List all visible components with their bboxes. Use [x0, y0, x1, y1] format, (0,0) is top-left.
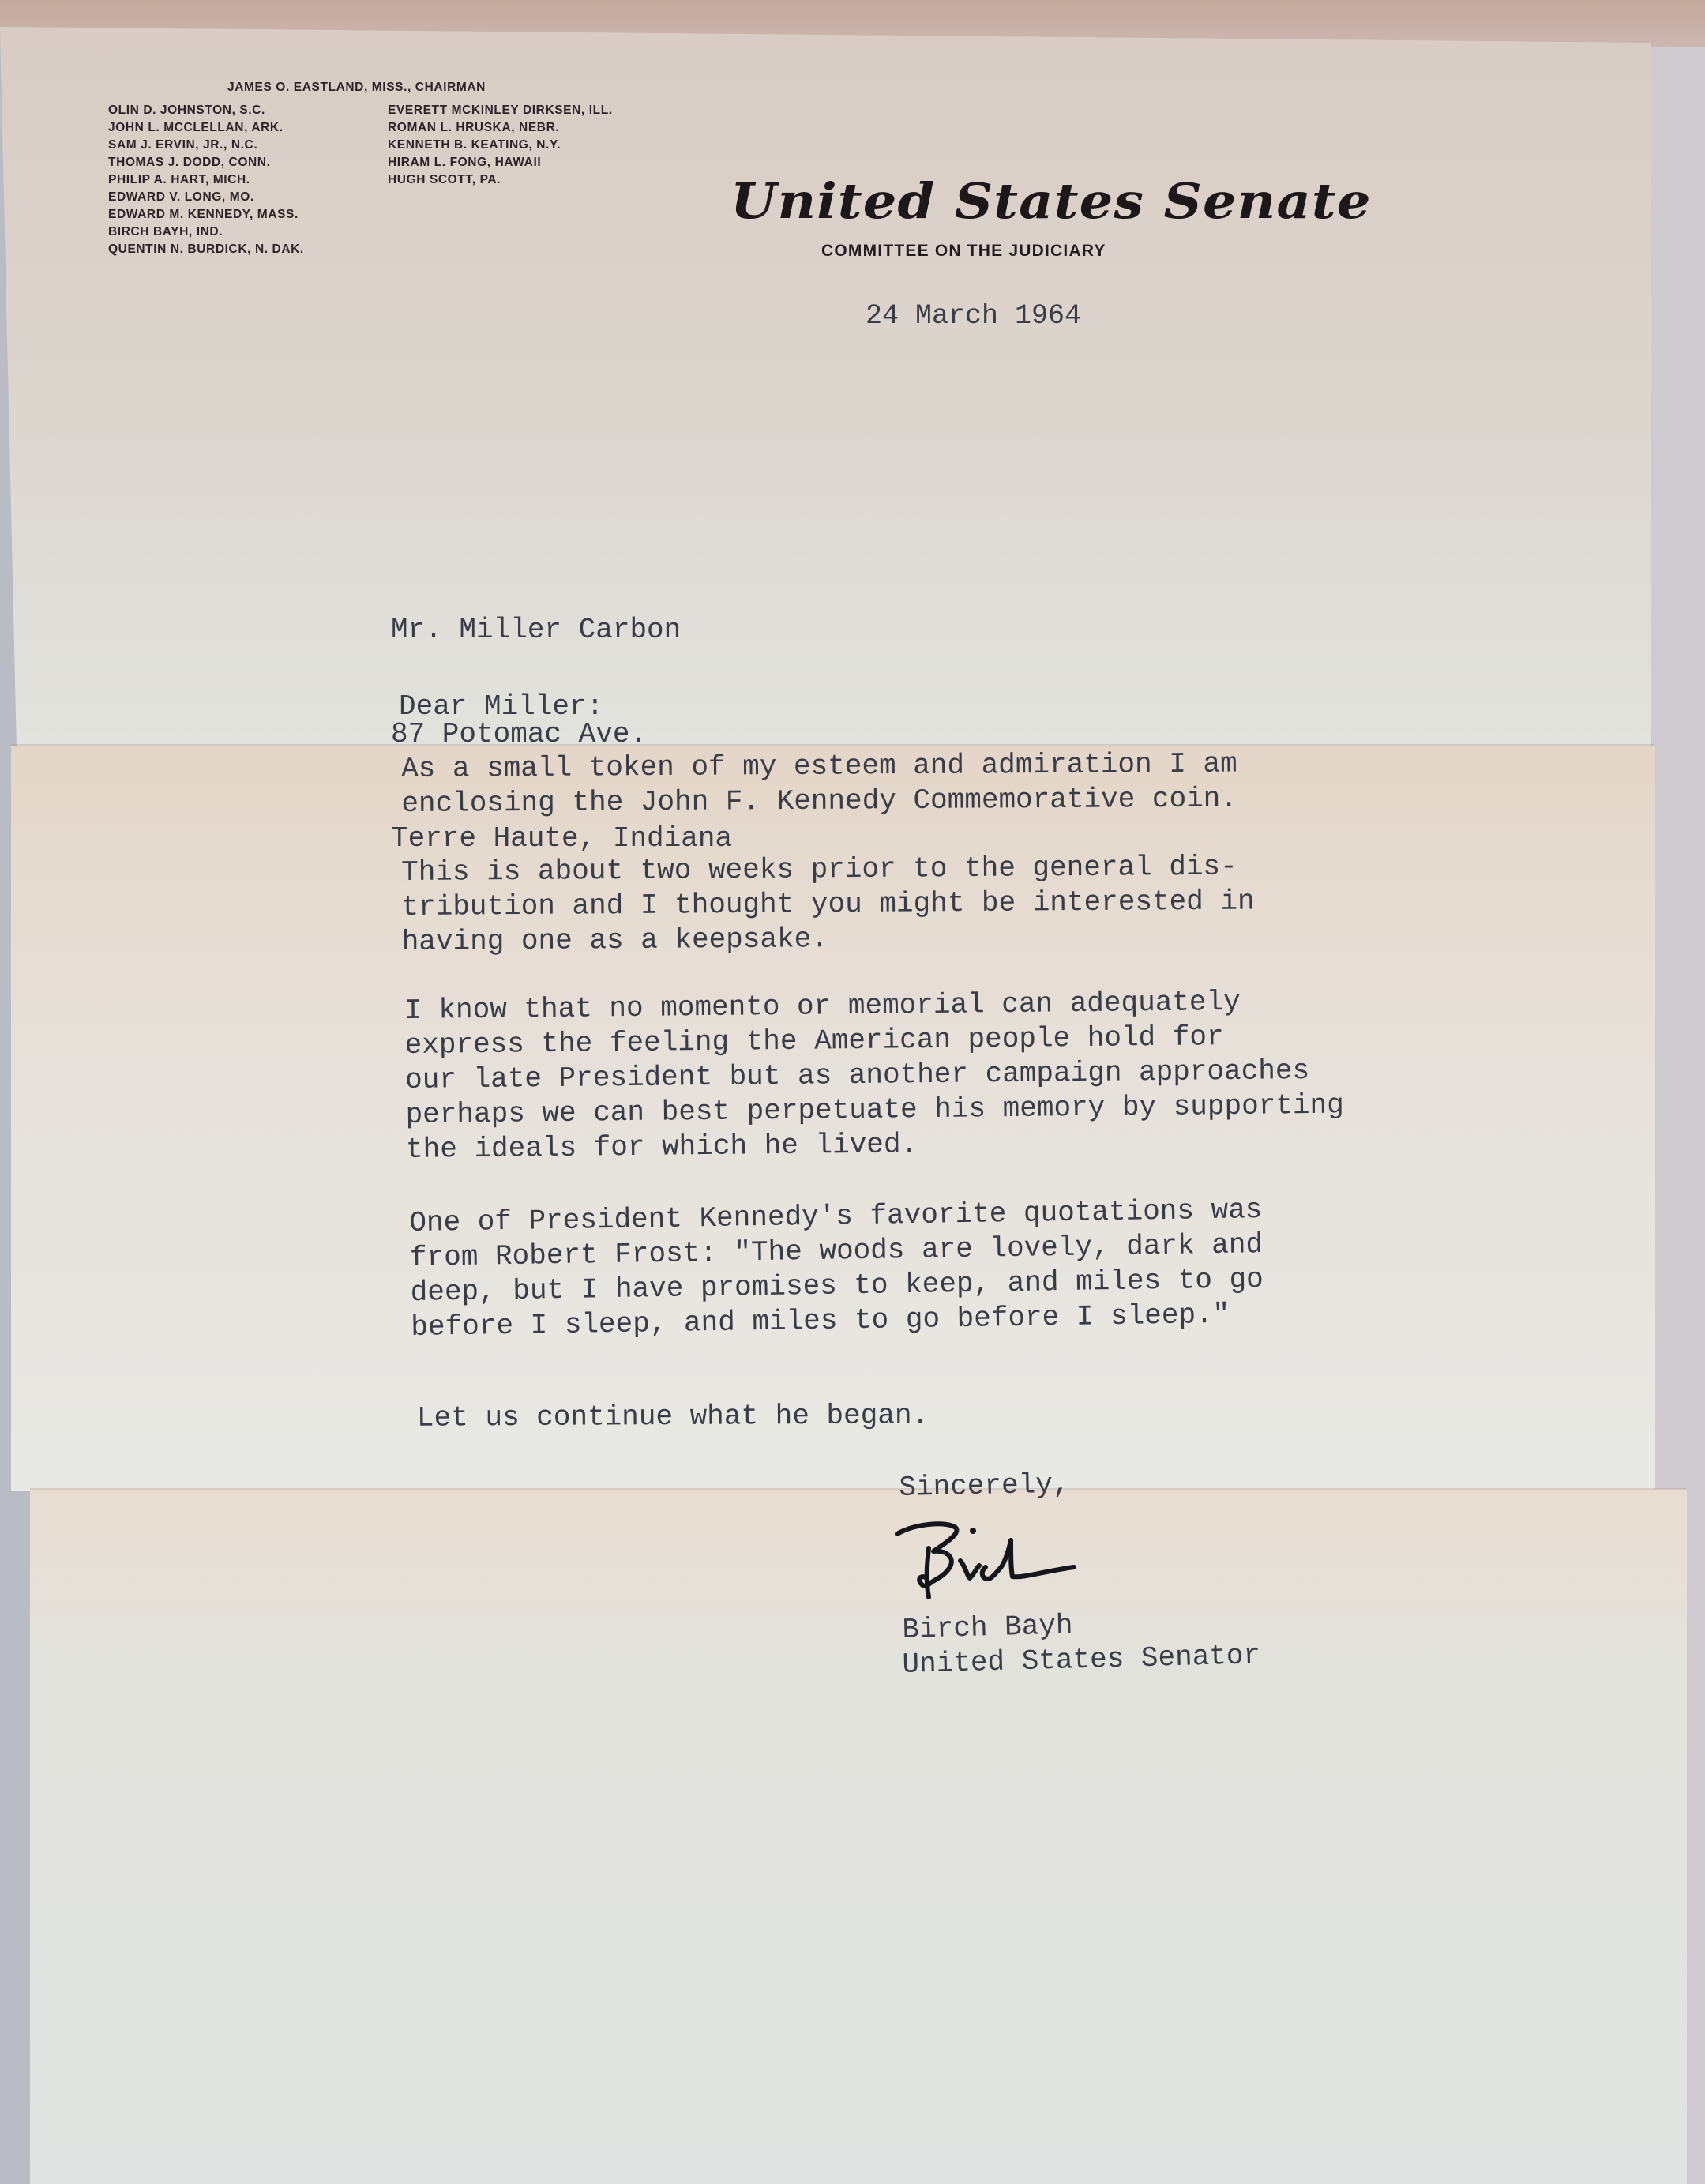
body-paragraph: This is about two weeks prior to the gen…: [401, 849, 1255, 960]
letterhead-title: United States Senate: [730, 172, 1372, 230]
committee-member: ROMAN L. HRUSKA, NEBR.: [388, 119, 613, 137]
letter-date: 24 March 1964: [866, 299, 1081, 333]
letterhead-committee: COMMITTEE ON THE JUDICIARY: [821, 242, 1106, 261]
letter-paper-bottom-panel: [30, 1489, 1687, 2184]
committee-members-left: OLIN D. JOHNSTON, S.C. JOHN L. MCCLELLAN…: [108, 102, 304, 258]
committee-member: EVERETT MCKINLEY DIRKSEN, ILL.: [388, 102, 613, 119]
committee-member: SAM J. ERVIN, JR., N.C.: [108, 137, 304, 154]
salutation: Dear Miller:: [399, 690, 603, 724]
committee-member: KENNETH B. KEATING, N.Y.: [388, 137, 613, 154]
body-paragraph: One of President Kennedy's favorite quot…: [409, 1193, 1264, 1345]
committee-member: THOMAS J. DODD, CONN.: [108, 154, 304, 171]
committee-member: JOHN L. MCCLELLAN, ARK.: [108, 119, 304, 137]
committee-member: PHILIP A. HART, MICH.: [108, 171, 304, 189]
fold-line: [30, 1488, 1687, 1491]
handwritten-signature: [892, 1517, 1098, 1603]
committee-chairman: JAMES O. EASTLAND, MISS., CHAIRMAN: [227, 79, 486, 96]
valediction: Sincerely,: [899, 1467, 1070, 1505]
fold-line: [11, 744, 1654, 747]
recipient-name: Mr. Miller Carbon: [391, 613, 732, 648]
committee-member: QUENTIN N. BURDICK, N. DAK.: [108, 241, 304, 258]
closing-line: Let us continue what he began.: [417, 1398, 929, 1435]
committee-member: EDWARD M. KENNEDY, MASS.: [108, 206, 304, 224]
committee-member: EDWARD V. LONG, MO.: [108, 189, 304, 206]
body-paragraph: I know that no momento or memorial can a…: [404, 984, 1344, 1167]
committee-member: BIRCH BAYH, IND.: [108, 224, 304, 241]
committee-member: HIRAM L. FONG, HAWAII: [388, 154, 613, 171]
recipient-city: Terre Haute, Indiana: [391, 821, 732, 856]
committee-members-right: EVERETT MCKINLEY DIRKSEN, ILL. ROMAN L. …: [388, 102, 613, 189]
signer-name: Birch Bayh: [902, 1608, 1073, 1648]
committee-member: HUGH SCOTT, PA.: [388, 171, 613, 189]
body-paragraph: As a small token of my esteem and admira…: [401, 747, 1237, 821]
committee-member: OLIN D. JOHNSTON, S.C.: [108, 102, 304, 119]
